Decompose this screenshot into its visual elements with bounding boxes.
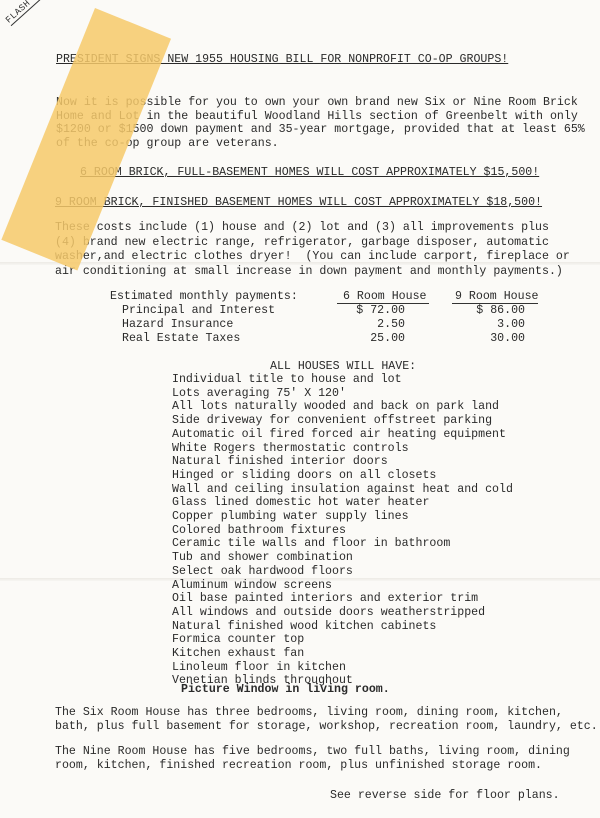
- nine-room-line: The Nine Room House has five bedrooms, t…: [55, 745, 570, 758]
- feature-item: Side driveway for convenient offstreet p…: [172, 414, 492, 427]
- payment-nine: 30.00: [455, 332, 525, 345]
- costs-line: These costs include (1) house and (2) lo…: [55, 221, 549, 234]
- picture-window-note: Picture Window in living room.: [181, 683, 390, 696]
- feature-item: Select oak hardwood floors: [172, 565, 353, 578]
- six-room-line: The Six Room House has three bedrooms, l…: [55, 706, 563, 719]
- features-title: ALL HOUSES WILL HAVE:: [270, 360, 416, 373]
- flyer-page: FLASH ! PRESIDENT SIGNS NEW 1955 HOUSING…: [0, 0, 600, 818]
- payment-six: 25.00: [335, 332, 405, 345]
- feature-item: Ceramic tile walls and floor in bathroom: [172, 537, 450, 550]
- feature-item: Oil base painted interiors and exterior …: [172, 592, 478, 605]
- feature-item: Wall and ceiling insulation against heat…: [172, 483, 513, 496]
- feature-item: Linoleum floor in kitchen: [172, 661, 346, 674]
- feature-item: Natural finished interior doors: [172, 455, 388, 468]
- price-line-nine: 9 ROOM BRICK, FINISHED BASEMENT HOMES WI…: [55, 196, 542, 209]
- costs-line: washer,and electric clothes dryer! (You …: [55, 250, 570, 263]
- costs-line: air conditioning at small increase in do…: [55, 265, 563, 278]
- payment-six: 2.50: [335, 318, 405, 331]
- feature-item: All windows and outside doors weatherstr…: [172, 606, 485, 619]
- feature-item: Hinged or sliding doors on all closets: [172, 469, 436, 482]
- feature-item: Lots averaging 75' X 120': [172, 387, 346, 400]
- six-room-line: bath, plus full basement for storage, wo…: [55, 720, 598, 733]
- payment-nine: $ 86.00: [455, 304, 525, 317]
- feature-item: White Rogers thermostatic controls: [172, 442, 409, 455]
- payment-nine: 3.00: [455, 318, 525, 331]
- feature-item: Tub and shower combination: [172, 551, 353, 564]
- payments-label: Estimated monthly payments:: [110, 290, 298, 303]
- payment-item: Hazard Insurance: [122, 318, 233, 331]
- feature-item: Formica counter top: [172, 633, 304, 646]
- nine-room-line: room, kitchen, finished recreation room,…: [55, 759, 542, 772]
- feature-item: Glass lined domestic hot water heater: [172, 496, 429, 509]
- feature-item: Copper plumbing water supply lines: [172, 510, 409, 523]
- feature-item: Individual title to house and lot: [172, 373, 402, 386]
- feature-item: Kitchen exhaust fan: [172, 647, 304, 660]
- payment-item: Real Estate Taxes: [122, 332, 240, 345]
- column-nine-room: 9 Room House: [455, 290, 539, 303]
- feature-item: Colored bathroom fixtures: [172, 524, 346, 537]
- feature-item: All lots naturally wooded and back on pa…: [172, 400, 499, 413]
- feature-item: Automatic oil fired forced air heating e…: [172, 428, 506, 441]
- price-line-six: 6 ROOM BRICK, FULL-BASEMENT HOMES WILL C…: [80, 166, 539, 179]
- payment-six: $ 72.00: [335, 304, 405, 317]
- footer-note: See reverse side for floor plans.: [330, 789, 560, 802]
- feature-item: Aluminum window screens: [172, 579, 332, 592]
- column-six-room: 6 Room House: [343, 290, 427, 303]
- payment-item: Principal and Interest: [122, 304, 275, 317]
- feature-item: Natural finished wood kitchen cabinets: [172, 620, 436, 633]
- flash-stamp: FLASH !: [4, 0, 47, 26]
- costs-line: (4) brand new electric range, refrigerat…: [55, 236, 549, 249]
